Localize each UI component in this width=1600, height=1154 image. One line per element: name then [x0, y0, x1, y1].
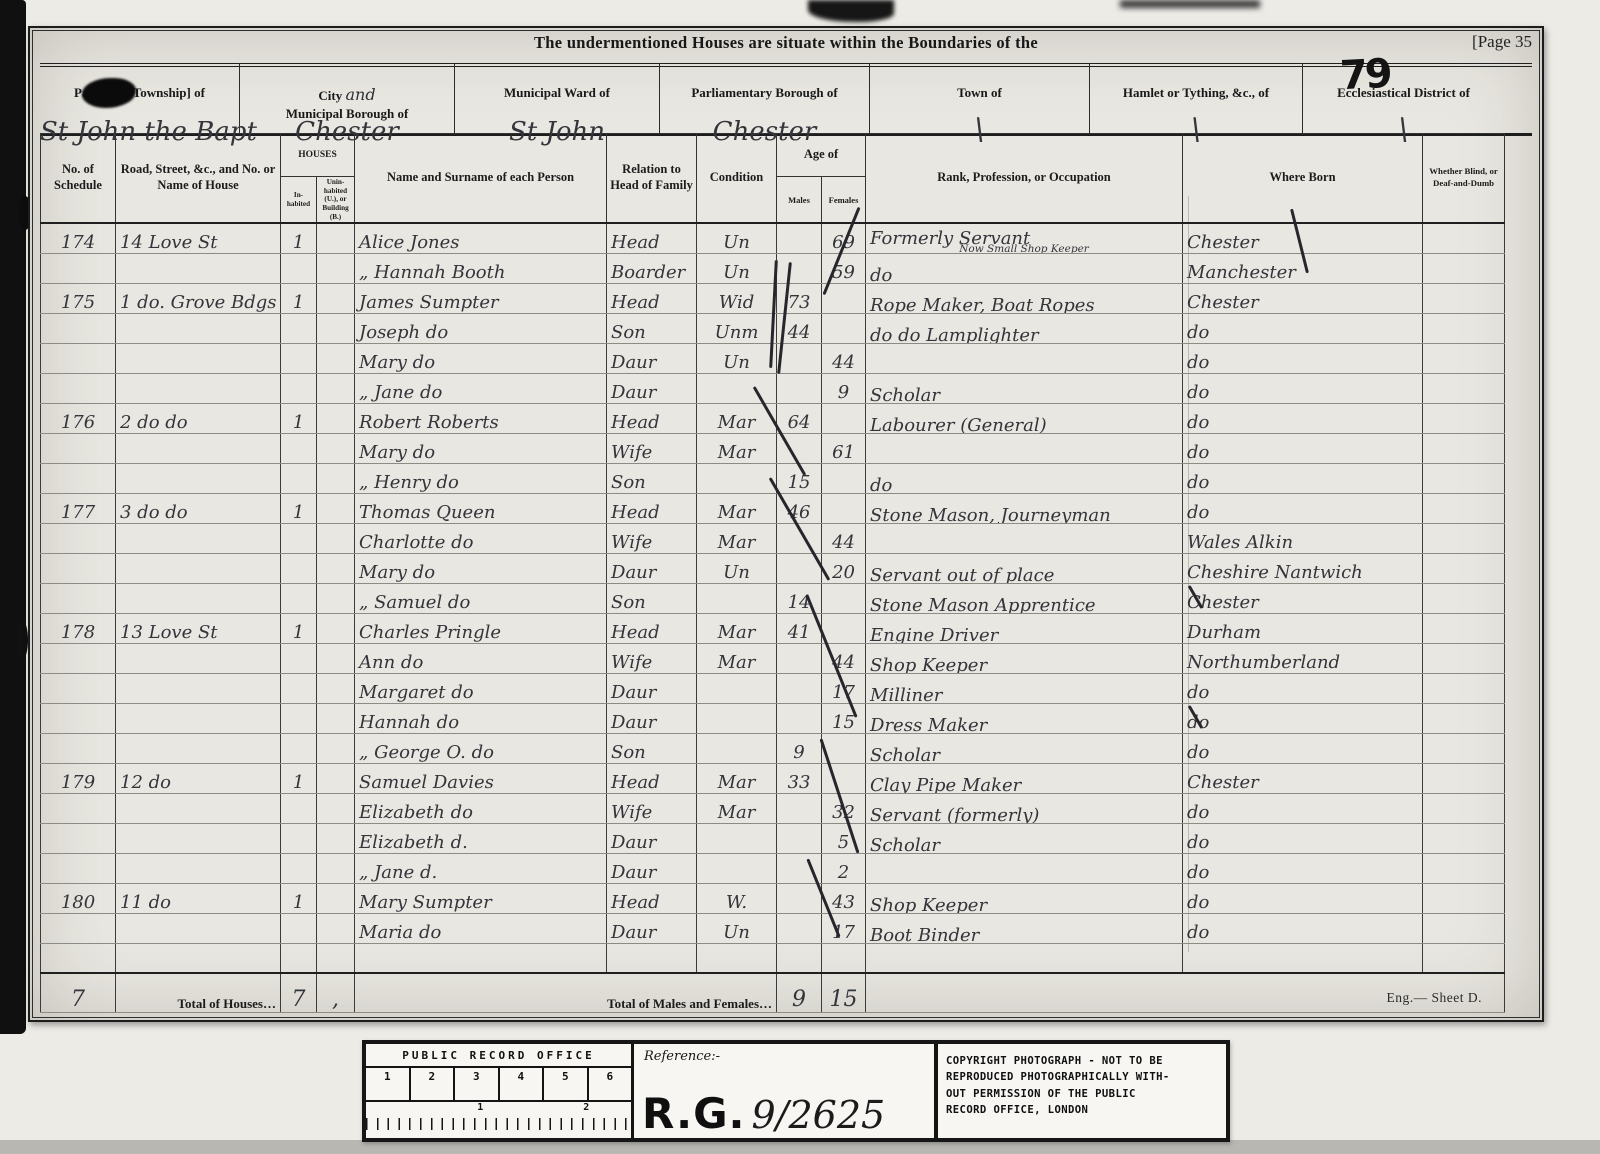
- cell-occupation: Dress Maker: [866, 703, 1183, 733]
- ecclesiastical-district-label: Ecclesiastical District of: [1303, 85, 1504, 102]
- cell-uninhabited: [317, 313, 355, 343]
- cell-occupation: Stone Mason Apprentice: [866, 583, 1183, 613]
- cell-address: [116, 823, 281, 853]
- cell-occupation: [866, 343, 1183, 373]
- cell-schedule: [41, 253, 116, 283]
- cell-address: [116, 793, 281, 823]
- cell-relation: Head: [607, 493, 697, 523]
- cell-age-female: 44: [822, 523, 866, 553]
- municipal-ward-label: Municipal Ward of: [455, 85, 659, 102]
- cell-condition: [697, 823, 777, 853]
- cell-age-male: [777, 643, 822, 673]
- sheet-note: Eng.— Sheet D.: [1387, 990, 1483, 1006]
- cell-name: „ Henry do: [355, 463, 607, 493]
- cell-occupation: Milliner: [866, 673, 1183, 703]
- cell-name: [355, 943, 607, 973]
- cell-address: 13 Love St: [116, 613, 281, 643]
- cell-name: Thomas Queen: [355, 493, 607, 523]
- municipal-ward-box: Municipal Ward of St John: [455, 63, 660, 133]
- folio-stamp: 79: [1339, 51, 1391, 100]
- cell-age-male: [777, 673, 822, 703]
- table-row: Hannah do Daur 15 Dress Maker do: [41, 703, 1505, 733]
- cell-relation: Daur: [607, 373, 697, 403]
- cell-condition: Un: [697, 223, 777, 253]
- cell-schedule: [41, 853, 116, 883]
- cell-inhabited: [281, 733, 317, 763]
- ruler-cm-5: 5: [544, 1068, 589, 1100]
- cell-occupation: Servant (formerly): [866, 793, 1183, 823]
- cell-condition: [697, 733, 777, 763]
- cell-infirm: [1423, 313, 1505, 343]
- cell-born: Chester: [1183, 283, 1423, 313]
- cell-address: [116, 463, 281, 493]
- table-row: Maria do Daur Un 17 Boot Binder do: [41, 913, 1505, 943]
- cell-age-female: [822, 943, 866, 973]
- parliamentary-borough-label: Parliamentary Borough of: [660, 85, 869, 102]
- cell-uninhabited: [317, 793, 355, 823]
- table-row: 179 12 do 1 Samuel Davies Head Mar 33 Cl…: [41, 763, 1505, 793]
- ruler-cm-6: 6: [589, 1068, 632, 1100]
- cell-inhabited: [281, 793, 317, 823]
- cell-inhabited: [281, 853, 317, 883]
- totals-females-value: 15: [822, 973, 866, 1013]
- cell-name: „ Jane d.: [355, 853, 607, 883]
- cell-address: 2 do do: [116, 403, 281, 433]
- cell-address: [116, 643, 281, 673]
- cell-infirm: [1423, 373, 1505, 403]
- cell-age-male: 33: [777, 763, 822, 793]
- cell-name: Alice Jones: [355, 223, 607, 253]
- cell-born: do: [1183, 433, 1423, 463]
- copyright-line: COPYRIGHT PHOTOGRAPH - NOT TO BE: [946, 1053, 1218, 1069]
- cell-born: do: [1183, 703, 1423, 733]
- cell-infirm: [1423, 613, 1505, 643]
- cell-born: do: [1183, 313, 1423, 343]
- hamlet-box: Hamlet or Tything, &c., of \: [1090, 63, 1303, 133]
- cell-condition: Mar: [697, 613, 777, 643]
- cell-occupation: Scholar: [866, 823, 1183, 853]
- ruler-inch-1: 1: [477, 1102, 483, 1113]
- cell-relation: Daur: [607, 553, 697, 583]
- table-row: „ George O. do Son 9 Scholar do: [41, 733, 1505, 763]
- cell-infirm: [1423, 253, 1505, 283]
- cell-name: „ Jane do: [355, 373, 607, 403]
- cell-infirm: [1423, 283, 1505, 313]
- cell-condition: [697, 463, 777, 493]
- cell-schedule: 176: [41, 403, 116, 433]
- cell-address: [116, 853, 281, 883]
- cell-schedule: [41, 913, 116, 943]
- cell-inhabited: [281, 433, 317, 463]
- cell-address: 14 Love St: [116, 223, 281, 253]
- cell-condition: Mar: [697, 523, 777, 553]
- cell-address: 12 do: [116, 763, 281, 793]
- cell-inhabited: 1: [281, 403, 317, 433]
- cell-relation: Head: [607, 283, 697, 313]
- pro-reference-card: PUBLIC RECORD OFFICE 1 2 3 4 5 6 1 2 Ref…: [362, 1040, 1230, 1142]
- cell-condition: Mar: [697, 763, 777, 793]
- cell-occupation: Clay Pipe Maker: [866, 763, 1183, 793]
- cell-infirm: [1423, 553, 1505, 583]
- cell-uninhabited: [317, 463, 355, 493]
- cell-schedule: 180: [41, 883, 116, 913]
- cell-condition: [697, 943, 777, 973]
- cell-born: Chester: [1183, 763, 1423, 793]
- cell-schedule: [41, 583, 116, 613]
- cell-infirm: [1423, 523, 1505, 553]
- ruler-inch-scale: 1 2: [366, 1100, 631, 1130]
- cell-uninhabited: [317, 223, 355, 253]
- cell-condition: Unm: [697, 313, 777, 343]
- cell-address: 11 do: [116, 883, 281, 913]
- table-row: Mary do Daur Un 20 Servant out of place …: [41, 553, 1505, 583]
- cell-schedule: [41, 433, 116, 463]
- census-form-page: The undermentioned Houses are situate wi…: [28, 26, 1544, 1022]
- totals-schedule-count: 7: [41, 973, 116, 1013]
- cell-infirm: [1423, 223, 1505, 253]
- cell-occupation: Servant out of place: [866, 553, 1183, 583]
- cell-age-male: [777, 253, 822, 283]
- cell-relation: [607, 943, 697, 973]
- cell-born: do: [1183, 343, 1423, 373]
- cell-uninhabited: [317, 493, 355, 523]
- cell-relation: Daur: [607, 703, 697, 733]
- cell-relation: Boarder: [607, 253, 697, 283]
- cell-address: [116, 433, 281, 463]
- cell-condition: W.: [697, 883, 777, 913]
- cell-age-male: [777, 343, 822, 373]
- cell-schedule: [41, 343, 116, 373]
- cell-inhabited: [281, 313, 317, 343]
- cell-relation: Wife: [607, 433, 697, 463]
- cell-uninhabited: [317, 613, 355, 643]
- cell-infirm: [1423, 883, 1505, 913]
- cell-relation: Daur: [607, 673, 697, 703]
- cell-inhabited: 1: [281, 283, 317, 313]
- cell-name: Elizabeth do: [355, 793, 607, 823]
- cell-inhabited: [281, 523, 317, 553]
- census-table: No. of Schedule Road, Street, &c., and N…: [40, 133, 1505, 1013]
- cell-condition: [697, 853, 777, 883]
- cell-condition: Mar: [697, 793, 777, 823]
- hamlet-label: Hamlet or Tything, &c., of: [1090, 85, 1302, 102]
- cell-infirm: [1423, 943, 1505, 973]
- cell-relation: Wife: [607, 793, 697, 823]
- cell-born: do: [1183, 823, 1423, 853]
- cell-condition: Un: [697, 343, 777, 373]
- cell-condition: [697, 703, 777, 733]
- cell-infirm: [1423, 763, 1505, 793]
- handwritten-and: and: [346, 85, 376, 104]
- cell-schedule: 177: [41, 493, 116, 523]
- cell-name: Samuel Davies: [355, 763, 607, 793]
- cell-infirm: [1423, 673, 1505, 703]
- cell-schedule: [41, 463, 116, 493]
- cell-infirm: [1423, 703, 1505, 733]
- cell-condition: [697, 373, 777, 403]
- cell-infirm: [1423, 403, 1505, 433]
- cell-born: do: [1183, 463, 1423, 493]
- cell-inhabited: 1: [281, 883, 317, 913]
- cell-uninhabited: [317, 253, 355, 283]
- cell-occupation: Boot Binder: [866, 913, 1183, 943]
- cell-schedule: [41, 373, 116, 403]
- cell-uninhabited: [317, 523, 355, 553]
- town-box: Town of \: [870, 63, 1090, 133]
- cell-age-female: 17: [822, 913, 866, 943]
- cell-inhabited: [281, 343, 317, 373]
- cell-age-male: [777, 793, 822, 823]
- cell-age-female: 15: [822, 703, 866, 733]
- cell-address: [116, 343, 281, 373]
- ruler-cm-2: 2: [411, 1068, 456, 1100]
- pro-copyright-section: COPYRIGHT PHOTOGRAPH - NOT TO BE REPRODU…: [934, 1044, 1226, 1138]
- city-borough-value: Chester: [240, 117, 454, 147]
- cell-address: [116, 913, 281, 943]
- cell-schedule: [41, 823, 116, 853]
- cell-infirm: [1423, 823, 1505, 853]
- cell-age-female: 5: [822, 823, 866, 853]
- table-row: „ Henry do Son 15 do do: [41, 463, 1505, 493]
- pro-office-title: PUBLIC RECORD OFFICE: [366, 1044, 631, 1062]
- cell-inhabited: [281, 253, 317, 283]
- cell-age-male: [777, 223, 822, 253]
- cell-infirm: [1423, 493, 1505, 523]
- cell-born: Chester: [1183, 583, 1423, 613]
- cell-born: Wales Alkin: [1183, 523, 1423, 553]
- cell-age-female: [822, 313, 866, 343]
- cell-name: Charles Pringle: [355, 613, 607, 643]
- cell-occupation: [866, 943, 1183, 973]
- cell-age-male: [777, 823, 822, 853]
- cell-occupation: Labourer (General): [866, 403, 1183, 433]
- cell-relation: Son: [607, 463, 697, 493]
- cell-name: Margaret do: [355, 673, 607, 703]
- cell-schedule: 174: [41, 223, 116, 253]
- cell-uninhabited: [317, 343, 355, 373]
- cell-relation: Head: [607, 883, 697, 913]
- cell-age-female: [822, 463, 866, 493]
- cell-uninhabited: [317, 733, 355, 763]
- cell-condition: Mar: [697, 643, 777, 673]
- cell-uninhabited: [317, 553, 355, 583]
- cell-age-male: [777, 913, 822, 943]
- totals-males-value: 9: [777, 973, 822, 1013]
- reference-number: 9/2625: [752, 1093, 886, 1137]
- cell-occupation: Rope Maker, Boat Ropes: [866, 283, 1183, 313]
- cell-infirm: [1423, 793, 1505, 823]
- cell-born: do: [1183, 793, 1423, 823]
- cell-occupation: Scholar: [866, 373, 1183, 403]
- cell-occupation: Scholar: [866, 733, 1183, 763]
- cell-inhabited: 1: [281, 613, 317, 643]
- cell-uninhabited: [317, 373, 355, 403]
- table-row: „ Hannah Booth Boarder Un 59 do Manchest…: [41, 253, 1505, 283]
- cell-name: „ George O. do: [355, 733, 607, 763]
- reference-prefix: R.G.: [642, 1089, 746, 1138]
- table-row: 180 11 do 1 Mary Sumpter Head W. 43 Shop…: [41, 883, 1505, 913]
- cell-name: Ann do: [355, 643, 607, 673]
- cell-infirm: [1423, 733, 1505, 763]
- cell-inhabited: [281, 673, 317, 703]
- cell-inhabited: [281, 373, 317, 403]
- cell-inhabited: 1: [281, 763, 317, 793]
- cell-uninhabited: [317, 703, 355, 733]
- cell-infirm: [1423, 343, 1505, 373]
- cell-born: do: [1183, 883, 1423, 913]
- parliamentary-borough-box: Parliamentary Borough of Chester: [660, 63, 870, 133]
- cell-address: [116, 673, 281, 703]
- cell-inhabited: [281, 463, 317, 493]
- reference-label: Reference:-: [644, 1049, 924, 1064]
- cell-address: 1 do. Grove Bdgs: [116, 283, 281, 313]
- cell-relation: Head: [607, 613, 697, 643]
- town-value: \: [870, 112, 1089, 147]
- table-row: „ Jane d. Daur 2 do: [41, 853, 1505, 883]
- cell-relation: Head: [607, 403, 697, 433]
- pro-ruler-section: PUBLIC RECORD OFFICE 1 2 3 4 5 6 1 2: [366, 1044, 634, 1138]
- ruler-cm-1: 1: [366, 1068, 411, 1100]
- page-number-label: [Page 35: [1472, 32, 1532, 52]
- cell-schedule: [41, 703, 116, 733]
- cell-born: do: [1183, 733, 1423, 763]
- ecclesiastical-district-value: \: [1303, 112, 1504, 147]
- cell-age-male: 9: [777, 733, 822, 763]
- copyright-line: OUT PERMISSION OF THE PUBLIC: [946, 1086, 1218, 1102]
- cell-condition: Mar: [697, 493, 777, 523]
- cell-name: Mary do: [355, 433, 607, 463]
- cell-infirm: [1423, 643, 1505, 673]
- cell-occupation: Engine Driver: [866, 613, 1183, 643]
- col-header-inhabited: In-habited: [281, 177, 317, 224]
- parish-box: Parish [or Township] of St John the Bapt: [40, 63, 240, 133]
- municipal-ward-value: St John: [455, 117, 659, 147]
- cell-address: [116, 703, 281, 733]
- cell-name: James Sumpter: [355, 283, 607, 313]
- cell-born: Durham: [1183, 613, 1423, 643]
- cell-born: do: [1183, 493, 1423, 523]
- cell-infirm: [1423, 583, 1505, 613]
- cell-inhabited: [281, 943, 317, 973]
- cell-occupation: [866, 853, 1183, 883]
- cell-address: [116, 553, 281, 583]
- totals-houses-label: Total of Houses…: [116, 973, 281, 1013]
- cell-address: [116, 253, 281, 283]
- cell-schedule: [41, 313, 116, 343]
- scan-blob: [16, 620, 28, 660]
- scan-smudge: [1120, 0, 1260, 8]
- parish-value: St John the Bapt: [40, 117, 239, 147]
- cell-schedule: [41, 793, 116, 823]
- cell-schedule: [41, 673, 116, 703]
- cell-address: [116, 733, 281, 763]
- totals-males-females-label: Total of Males and Females…: [355, 973, 777, 1013]
- cell-born: Northumberland: [1183, 643, 1423, 673]
- cell-schedule: 175: [41, 283, 116, 313]
- cell-age-male: [777, 703, 822, 733]
- cell-inhabited: [281, 583, 317, 613]
- cell-age-male: 64: [777, 403, 822, 433]
- cell-schedule: 179: [41, 763, 116, 793]
- cell-uninhabited: [317, 763, 355, 793]
- cell-inhabited: 1: [281, 223, 317, 253]
- cell-name: Robert Roberts: [355, 403, 607, 433]
- cell-occupation: do: [866, 253, 1183, 283]
- cell-inhabited: [281, 643, 317, 673]
- cell-infirm: [1423, 853, 1505, 883]
- table-row: 174 14 Love St 1 Alice Jones Head Un 69 …: [41, 223, 1505, 253]
- cell-occupation: Shop Keeper: [866, 883, 1183, 913]
- col-header-uninhabited: Unin-habited (U.), or Building (B.): [317, 177, 355, 224]
- cell-uninhabited: [317, 913, 355, 943]
- cell-condition: Un: [697, 553, 777, 583]
- district-header-band: Parish [or Township] of St John the Bapt…: [40, 63, 1532, 136]
- totals-uninhabited-mark: ,: [317, 973, 355, 1013]
- table-row: Mary do Wife Mar 61 do: [41, 433, 1505, 463]
- cell-name: „ Hannah Booth: [355, 253, 607, 283]
- pro-reference-section: Reference:- R.G.9/2625: [634, 1044, 934, 1138]
- cell-uninhabited: [317, 433, 355, 463]
- scan-bottom-edge: [0, 1140, 1600, 1154]
- cell-uninhabited: [317, 823, 355, 853]
- cell-relation: Son: [607, 313, 697, 343]
- cell-infirm: [1423, 463, 1505, 493]
- cell-born: do: [1183, 913, 1423, 943]
- cell-relation: Head: [607, 223, 697, 253]
- cell-uninhabited: [317, 583, 355, 613]
- parliamentary-borough-value: Chester: [660, 117, 869, 147]
- cell-uninhabited: [317, 673, 355, 703]
- copyright-line: RECORD OFFICE, LONDON: [946, 1102, 1218, 1118]
- cell-name: Elizabeth d.: [355, 823, 607, 853]
- cell-age-female: 2: [822, 853, 866, 883]
- table-row: Margaret do Daur 17 Milliner do: [41, 673, 1505, 703]
- table-row: „ Samuel do Son 14 Stone Mason Apprentic…: [41, 583, 1505, 613]
- cell-condition: [697, 583, 777, 613]
- cell-occupation: Shop Keeper: [866, 643, 1183, 673]
- cell-age-female: 44: [822, 343, 866, 373]
- cell-inhabited: [281, 553, 317, 583]
- cell-inhabited: 1: [281, 493, 317, 523]
- cell-schedule: [41, 523, 116, 553]
- cell-born: do: [1183, 373, 1423, 403]
- ruler-ticks: [366, 1118, 631, 1130]
- cell-relation: Wife: [607, 643, 697, 673]
- cell-condition: Un: [697, 253, 777, 283]
- table-row: 177 3 do do 1 Thomas Queen Head Mar 46 S…: [41, 493, 1505, 523]
- scan-smudge: [808, 0, 894, 22]
- cell-schedule: 178: [41, 613, 116, 643]
- col-header-males: Males: [777, 177, 822, 224]
- cell-relation: Daur: [607, 913, 697, 943]
- cell-name: Hannah do: [355, 703, 607, 733]
- cell-age-male: [777, 943, 822, 973]
- cell-schedule: [41, 553, 116, 583]
- cell-born: do: [1183, 673, 1423, 703]
- cell-name: Joseph do: [355, 313, 607, 343]
- cell-age-female: 61: [822, 433, 866, 463]
- cell-address: [116, 523, 281, 553]
- cell-occupation: Formerly ServantNow Small Shop Keeper: [866, 223, 1183, 253]
- table-row: Charlotte do Wife Mar 44 Wales Alkin: [41, 523, 1505, 553]
- cell-uninhabited: [317, 853, 355, 883]
- cell-schedule: [41, 643, 116, 673]
- cell-infirm: [1423, 433, 1505, 463]
- cell-inhabited: [281, 913, 317, 943]
- cell-relation: Wife: [607, 523, 697, 553]
- ruler-inch-2: 2: [583, 1102, 589, 1113]
- cell-address: 3 do do: [116, 493, 281, 523]
